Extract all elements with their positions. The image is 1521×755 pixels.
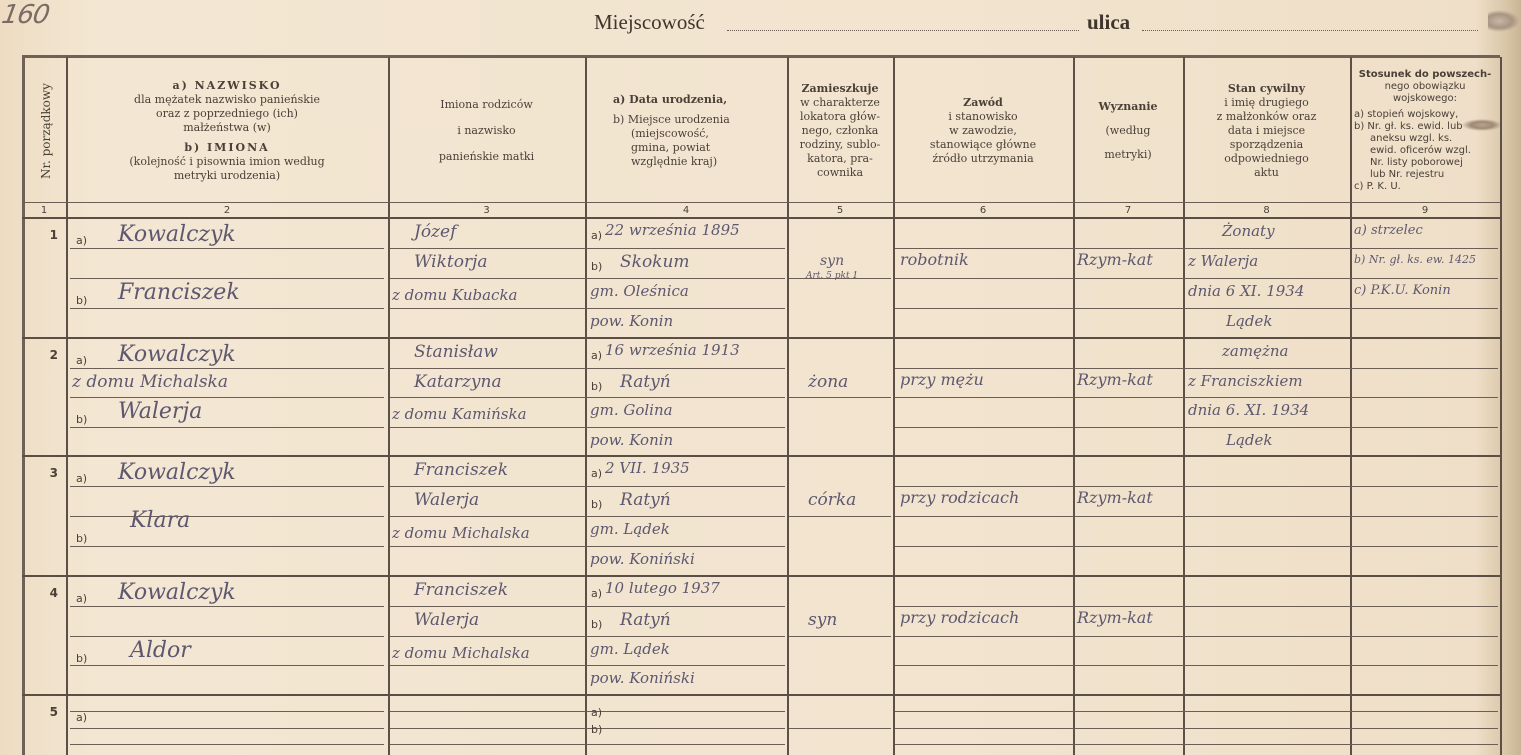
header-text: (według [1106, 119, 1151, 143]
civil-status-entry[interactable]: dnia 6. XI. 1934 [1188, 403, 1309, 418]
census-form-page: 160 Miejscowość ulica Nr. porządkowy a) … [0, 0, 1521, 755]
header-text: i stanowisko [948, 110, 1017, 124]
binding-string-icon [1488, 10, 1520, 32]
label-b: b) [591, 618, 602, 631]
header-col-5: Zamieszkujew charakterzelokatora głów-ne… [791, 60, 889, 202]
entry-line [895, 486, 1498, 487]
column-number-3: 3 [388, 203, 585, 218]
occupation-entry[interactable]: robotnik [900, 252, 969, 268]
entry-line [70, 278, 384, 279]
occupation-entry[interactable]: przy rodzicach [900, 610, 1019, 626]
label-a: a) [591, 349, 602, 362]
row-divider [22, 694, 1500, 696]
header-text: nego, członka [802, 124, 879, 138]
birth-place-entry[interactable]: gm. Lądek [590, 522, 670, 537]
column-divider [388, 57, 390, 755]
locality-label: Miejscowość [594, 10, 705, 35]
entry-line [390, 278, 785, 279]
entry-line [895, 278, 1498, 279]
column-divider [1183, 57, 1185, 755]
parent-name-entry[interactable]: Józef [414, 224, 456, 241]
parent-name-entry[interactable]: Wiktorja [414, 254, 488, 271]
header-text: wojskowego: [1393, 93, 1457, 105]
residence-note-entry[interactable]: Art. 5 pkt 1 [806, 272, 858, 281]
civil-status-entry[interactable]: z Franciszkiem [1188, 374, 1303, 389]
residence-role-entry[interactable]: syn [820, 254, 844, 268]
header-text: oraz z poprzedniego (ich) [156, 107, 298, 121]
header-text: Zamieszkuje [801, 82, 878, 96]
header-text: katora, pra- [807, 152, 873, 166]
column-number-2: 2 [66, 203, 388, 218]
birth-place-entry[interactable]: gm. Golina [590, 403, 673, 418]
header-text: b) IMIONA [184, 141, 269, 155]
parent-name-entry[interactable]: Katarzyna [414, 374, 502, 391]
entry-line [70, 308, 384, 309]
label-a: a) [76, 711, 87, 724]
entry-line [70, 397, 384, 398]
header-text: (miejscowość, [613, 127, 709, 141]
header-text: nego obowiązku [1385, 81, 1466, 93]
column-number-9: 9 [1350, 203, 1500, 218]
header-text: Stosunek do powszech- [1359, 69, 1492, 81]
birth-place-entry[interactable]: pow. Konin [590, 433, 673, 448]
civil-status-entry[interactable]: Żonaty [1222, 224, 1275, 239]
row-divider [22, 455, 1500, 457]
parent-name-entry[interactable]: Stanisław [414, 344, 498, 361]
residence-role-entry[interactable]: syn [808, 612, 837, 629]
religion-entry[interactable]: Rzym-kat [1077, 372, 1153, 388]
entry-line [390, 546, 785, 547]
header-text: a) NAZWISKO [172, 79, 281, 93]
entry-line [70, 368, 384, 369]
header-text: w charakterze [800, 96, 880, 110]
header-text: panieńskie matki [439, 144, 534, 170]
header-text: (kolejność i pisownia imion według [129, 155, 324, 169]
street-label: ulica [1087, 10, 1130, 35]
entry-line [70, 427, 384, 428]
label-a: a) [76, 472, 87, 485]
entry-line [390, 486, 785, 487]
label-a: a) [76, 234, 87, 247]
label-b: b) [591, 498, 602, 511]
military-status-entry[interactable]: c) P.K.U. Konin [1354, 284, 1451, 297]
header-text: w zawodzie, [949, 124, 1017, 138]
entry-line [895, 427, 1498, 428]
religion-entry[interactable]: Rzym-kat [1077, 252, 1153, 268]
surname-entry[interactable]: Kowalczyk [118, 582, 236, 604]
column-divider [1350, 57, 1352, 755]
surname-entry[interactable]: Kowalczyk [118, 344, 236, 366]
entry-line [70, 744, 384, 745]
label-a: a) [76, 354, 87, 367]
header-text: i imię drugiego [1224, 96, 1309, 110]
header-text: b) Miejsce urodzenia [613, 113, 730, 127]
header-text: a) stopień wojskowy, [1354, 109, 1458, 121]
header-text: z małżonków oraz [1217, 110, 1317, 124]
header-text: aneksu wzgl. ks. [1354, 133, 1452, 145]
entry-line [70, 486, 384, 487]
entry-line [390, 397, 785, 398]
label-b: b) [591, 380, 602, 393]
civil-status-entry[interactable]: Lądek [1226, 314, 1272, 329]
header-col-2: a) NAZWISKOdla mężatek nazwisko panieńsk… [70, 60, 384, 202]
occupation-entry[interactable]: przy rodzicach [900, 490, 1019, 506]
table-border [22, 55, 25, 755]
surname-entry[interactable]: Kowalczyk [118, 462, 236, 484]
parent-name-entry[interactable]: z domu Michalska [392, 526, 530, 541]
parent-name-entry[interactable]: Walerja [414, 612, 479, 629]
entry-line [390, 368, 785, 369]
entry-line [789, 516, 891, 517]
header-text: dla mężatek nazwisko panieńskie [134, 93, 320, 107]
entry-line [390, 308, 785, 309]
entry-line [70, 248, 384, 249]
header-text: małżeństwa (w) [183, 121, 270, 135]
header-text: rodziny, sublo- [800, 138, 881, 152]
header-col-7: Wyznanie(wedługmetryki) [1077, 60, 1179, 202]
column-number-5: 5 [787, 203, 893, 218]
entry-line [789, 397, 891, 398]
header-col-3: Imiona rodzicówi nazwiskopanieńskie matk… [392, 60, 581, 202]
header-text: sporządzenia [1230, 138, 1303, 152]
page-number: 160 [0, 0, 51, 30]
header-text: metryki) [1104, 143, 1151, 167]
header-col-6: Zawódi stanowiskow zawodzie,stanowiące g… [897, 60, 1069, 202]
label-b: b) [591, 260, 602, 273]
column-divider [585, 57, 587, 755]
entry-line [895, 368, 1498, 369]
birth-place-entry[interactable]: pow. Koniński [590, 552, 695, 567]
label-b: b) [591, 723, 602, 736]
given-names-entry[interactable]: Franciszek [118, 282, 240, 304]
entry-line [390, 606, 785, 607]
header-text: b) Nr. gł. ks. ewid. lub [1354, 121, 1463, 133]
column-divider [1073, 57, 1075, 755]
entry-line [895, 728, 1498, 729]
row-number: 2 [18, 348, 58, 362]
header-text: gmina, powiat [613, 141, 710, 155]
header-col-9: Stosunek do powszech-nego obowiązkuwojsk… [1354, 60, 1496, 202]
header-col-1: Nr. porządkowy [30, 60, 62, 202]
entry-line [390, 744, 785, 745]
given-names-entry[interactable]: Aldor [130, 640, 191, 662]
surname-entry[interactable]: Kowalczyk [118, 224, 236, 246]
parent-name-entry[interactable]: Franciszek [414, 462, 508, 479]
residence-role-entry[interactable]: córka [808, 492, 856, 509]
label-a: a) [591, 587, 602, 600]
birth-date-entry[interactable]: 10 lutego 1937 [605, 581, 720, 596]
entry-line [70, 546, 384, 547]
birth-place-entry[interactable]: pow. Konin [590, 314, 673, 329]
header-text: lokatora głów- [800, 110, 880, 124]
row-number: 3 [18, 466, 58, 480]
header-text: aktu [1254, 166, 1279, 180]
header-text: data i miejsce [1228, 124, 1305, 138]
entry-line [70, 516, 384, 517]
label-a: a) [591, 467, 602, 480]
parent-name-entry[interactable]: z domu Kubacka [392, 288, 517, 303]
residence-role-entry[interactable]: żona [808, 374, 848, 391]
entry-line [895, 606, 1498, 607]
religion-entry[interactable]: Rzym-kat [1077, 610, 1153, 626]
label-b: b) [76, 532, 87, 545]
entry-line [390, 728, 785, 729]
row-number: 1 [18, 228, 58, 242]
header-text: ewid. oficerów wzgl. [1354, 145, 1471, 157]
occupation-entry[interactable]: przy mężu [900, 372, 984, 388]
header-text: Stan cywilny [1228, 82, 1305, 96]
birth-place-entry[interactable]: Ratyń [620, 374, 671, 391]
birth-place-entry[interactable]: Ratyń [620, 492, 671, 509]
entry-line [390, 711, 785, 712]
header-text: metryki urodzenia) [174, 169, 280, 183]
header-text: Imiona rodziców [440, 92, 533, 118]
parent-name-entry[interactable]: z domu Michalska [392, 646, 530, 661]
header-text: Wyznanie [1098, 95, 1157, 119]
header-text: względnie kraj) [613, 155, 717, 169]
entry-line [390, 516, 785, 517]
military-status-entry[interactable]: b) Nr. gł. ks. ew. 1425 [1354, 254, 1476, 265]
civil-status-entry[interactable]: zamężna [1222, 344, 1288, 359]
column-number-6: 6 [893, 203, 1073, 218]
entry-line [895, 711, 1498, 712]
entry-line [390, 427, 785, 428]
header-text: odpowiedniego [1224, 152, 1309, 166]
entry-line [895, 248, 1498, 249]
label-b: b) [76, 652, 87, 665]
header-text: cownika [817, 166, 863, 180]
header-col-4: a) Data urodzenia,b) Miejsce urodzenia(m… [613, 60, 783, 202]
row-number: 5 [18, 705, 58, 719]
column-number-8: 8 [1183, 203, 1350, 218]
header-text: Nr. listy poborowej [1354, 157, 1463, 169]
row-divider [22, 575, 1500, 577]
locality-field[interactable] [727, 30, 1079, 31]
label-a: a) [591, 229, 602, 242]
header-col-8: Stan cywilnyi imię drugiegoz małżonków o… [1187, 60, 1346, 202]
birth-place-entry[interactable]: Skokum [620, 254, 690, 271]
entry-line [895, 665, 1498, 666]
entry-line [895, 308, 1498, 309]
entry-line [789, 728, 891, 729]
header-text: lub Nr. rejestru [1354, 169, 1444, 181]
birth-place-entry[interactable]: gm. Oleśnica [590, 284, 689, 299]
parent-name-entry[interactable]: Franciszek [414, 582, 508, 599]
header-text: c) P. K. U. [1354, 181, 1401, 193]
entry-line [895, 397, 1498, 398]
entry-line [895, 744, 1498, 745]
label-a: a) [76, 592, 87, 605]
birth-place-entry[interactable]: pow. Koniński [590, 671, 695, 686]
entry-line [70, 606, 384, 607]
column-divider [1500, 57, 1502, 755]
column-divider [66, 57, 68, 755]
entry-line [895, 636, 1498, 637]
entry-line [895, 546, 1498, 547]
entry-line [70, 728, 384, 729]
civil-status-entry[interactable]: Lądek [1226, 433, 1272, 448]
entry-line [70, 711, 384, 712]
street-field[interactable] [1142, 30, 1478, 31]
column-number-7: 7 [1073, 203, 1183, 218]
label-b: b) [76, 294, 87, 307]
entry-line [895, 516, 1498, 517]
column-number-1: 1 [22, 203, 66, 218]
military-status-entry[interactable]: a) strzelec [1354, 224, 1423, 237]
given-names-entry[interactable]: Walerja [118, 401, 202, 423]
parent-name-entry[interactable]: Walerja [414, 492, 479, 509]
parent-name-entry[interactable]: z domu Kamińska [392, 407, 527, 422]
header-text: Zawód [963, 96, 1003, 110]
birth-date-entry[interactable]: 2 VII. 1935 [605, 461, 690, 476]
header-text: źródło utrzymania [932, 152, 1033, 166]
entry-line [789, 636, 891, 637]
entry-line [70, 636, 384, 637]
birth-date-entry[interactable]: 16 września 1913 [605, 343, 740, 358]
entry-line [390, 248, 785, 249]
birth-date-entry[interactable]: 22 września 1895 [605, 223, 740, 238]
civil-status-entry[interactable]: dnia 6 XI. 1934 [1188, 284, 1304, 299]
header-text: a) Data urodzenia, [613, 93, 727, 107]
civil-status-entry[interactable]: z Walerja [1188, 254, 1258, 269]
header-text: i nazwisko [457, 118, 515, 144]
label-b: b) [76, 413, 87, 426]
row-number: 4 [18, 586, 58, 600]
column-number-4: 4 [585, 203, 787, 218]
birth-place-entry[interactable]: gm. Lądek [590, 642, 670, 657]
religion-entry[interactable]: Rzym-kat [1077, 490, 1153, 506]
column-divider [893, 57, 895, 755]
entry-line [390, 636, 785, 637]
maiden-name-entry[interactable]: z domu Michalska [72, 374, 228, 391]
entry-line [70, 665, 384, 666]
label-a: a) [591, 706, 602, 719]
table-border [22, 55, 1500, 58]
header-text: stanowiące główne [930, 138, 1036, 152]
entry-line [390, 665, 785, 666]
column-divider [787, 57, 789, 755]
row-divider [22, 337, 1500, 339]
birth-place-entry[interactable]: Ratyń [620, 612, 671, 629]
given-names-entry[interactable]: Klara [130, 510, 190, 532]
